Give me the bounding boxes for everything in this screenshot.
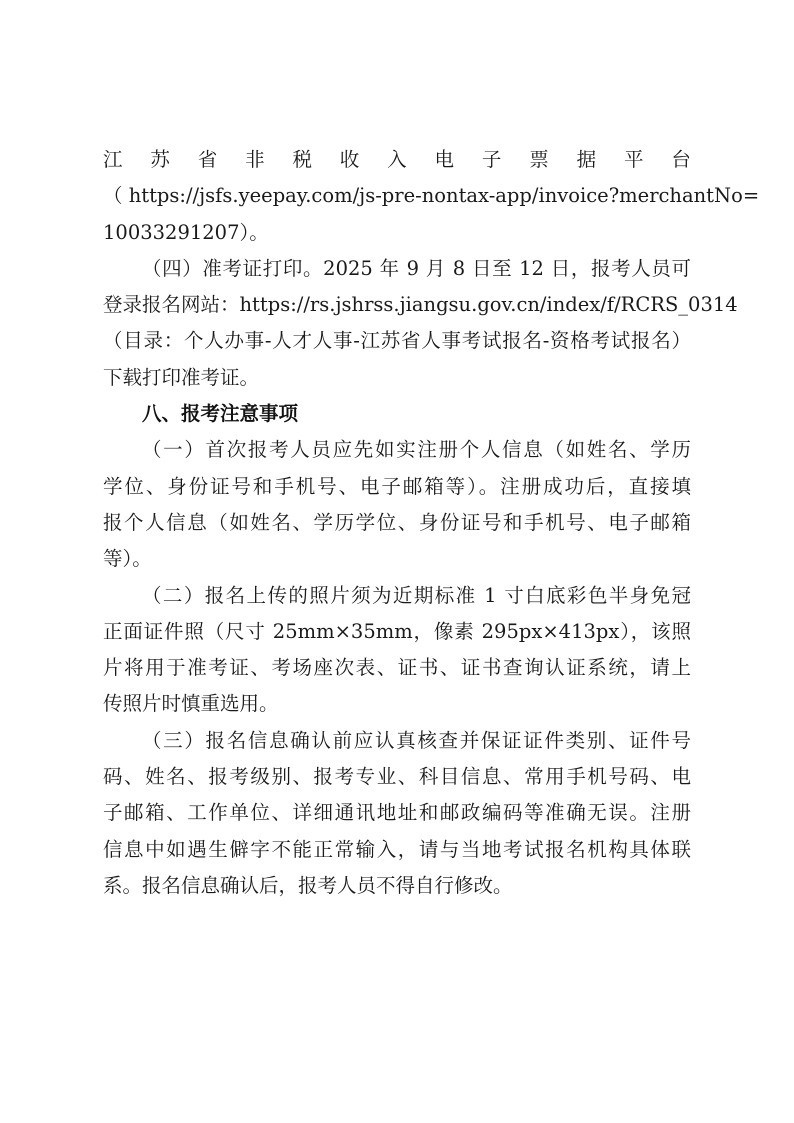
paragraph-admission-ticket: （四）准考证打印。2025 年 9 月 8 日至 12 日，报考人员可 登录报名… [103,251,691,396]
notice-item-1: （一）首次报考人员应先如实注册个人信息（如姓名、学历 学位、身份证号和手机号、电… [103,432,691,577]
item-text: 系。报名信息确认后，报考人员不得自行修改。 [103,868,513,904]
char: 入 [387,142,407,178]
item3-line-5: 系。报名信息确认后，报考人员不得自行修改。 [103,868,691,904]
paragraph-invoice-platform: 江 苏 省 非 税 收 入 电 子 票 据 平 台 （ https://jsfs… [103,142,691,251]
item-text: 信息中如遇生僻字不能正常输入，请与当地考试报名机构具体联 [103,832,691,868]
notice-item-3: （三）报名信息确认前应认真核查并保证证件类别、证件号 码、姓名、报考级别、报考专… [103,723,691,904]
invoice-url-text: （ https://jsfs.yeepay.com/js-pre-nontax-… [103,178,691,214]
item3-line-1: （三）报名信息确认前应认真核查并保证证件类别、证件号 [103,723,691,759]
invoice-merchant-line: 10033291207）。 [103,215,691,251]
invoice-platform-name-line: 江 苏 省 非 税 收 入 电 子 票 据 平 台 [103,142,691,178]
admission-text: 下载打印准考证。 [103,360,259,396]
char: 收 [340,142,360,178]
item-text: （二）报名上传的照片须为近期标准 1 寸白底彩色半身免冠 [142,578,691,614]
char: 子 [482,142,502,178]
char: 据 [577,142,597,178]
item-text: 片将用于准考证、考场座次表、证书、证书查询认证系统，请上 [103,650,691,686]
char: 平 [624,142,644,178]
char: 税 [292,142,312,178]
item-text: （一）首次报考人员应先如实注册个人信息（如姓名、学历 [142,432,691,468]
char: 苏 [150,142,170,178]
invoice-url-line: （ https://jsfs.yeepay.com/js-pre-nontax-… [103,178,691,214]
section-heading: 八、报考注意事项 [103,396,691,432]
item1-line-3: 报个人信息（如姓名、学历学位、身份证号和手机号、电子邮箱 [103,505,691,541]
item3-line-2: 码、姓名、报考级别、报考专业、科目信息、常用手机号码、电 [103,759,691,795]
item-text: （三）报名信息确认前应认真核查并保证证件类别、证件号 [142,723,691,759]
char: 省 [198,142,218,178]
registration-website-link-text: 登录报名网站：https://rs.jshrss.jiangsu.gov.cn/… [103,287,691,323]
item1-line-2: 学位、身份证号和手机号、电子邮箱等）。注册成功后，直接填 [103,469,691,505]
admission-text: （四）准考证打印。2025 年 9 月 8 日至 12 日，报考人员可 [142,251,691,287]
notice-item-2: （二）报名上传的照片须为近期标准 1 寸白底彩色半身免冠 正面证件照（尺寸 25… [103,578,691,723]
item-text: 码、姓名、报考级别、报考专业、科目信息、常用手机号码、电 [103,759,691,795]
item3-line-4: 信息中如遇生僻字不能正常输入，请与当地考试报名机构具体联 [103,832,691,868]
item-text: 报个人信息（如姓名、学历学位、身份证号和手机号、电子邮箱 [103,505,691,541]
item3-line-3: 子邮箱、工作单位、详细通讯地址和邮政编码等准确无误。注册 [103,795,691,831]
item-text: 子邮箱、工作单位、详细通讯地址和邮政编码等准确无误。注册 [103,795,691,831]
item1-line-1: （一）首次报考人员应先如实注册个人信息（如姓名、学历 [103,432,691,468]
item-text: 学位、身份证号和手机号、电子邮箱等）。注册成功后，直接填 [103,469,691,505]
merchant-number-text: 10033291207）。 [103,215,269,251]
item2-line-4: 传照片时慎重选用。 [103,686,691,722]
char: 票 [529,142,549,178]
item-text: 正面证件照（尺寸 25mm×35mm，像素 295px×413px），该照 [103,614,691,650]
admission-line-4: 下载打印准考证。 [103,360,691,396]
char: 电 [435,142,455,178]
char: 江 [103,142,123,178]
char: 台 [671,142,691,178]
item-text: 等）。 [103,541,152,577]
document-page: 江 苏 省 非 税 收 入 电 子 票 据 平 台 （ https://jsfs… [103,142,691,904]
item1-line-4: 等）。 [103,541,691,577]
char: 非 [245,142,265,178]
item-text: 传照片时慎重选用。 [103,686,279,722]
admission-line-3: （目录：个人办事-人才人事-江苏省人事考试报名-资格考试报名） [103,323,691,359]
admission-line-1: （四）准考证打印。2025 年 9 月 8 日至 12 日，报考人员可 [103,251,691,287]
admission-line-2: 登录报名网站：https://rs.jshrss.jiangsu.gov.cn/… [103,287,691,323]
directory-path-text: （目录：个人办事-人才人事-江苏省人事考试报名-资格考试报名） [103,323,691,359]
item2-line-2: 正面证件照（尺寸 25mm×35mm，像素 295px×413px），该照 [103,614,691,650]
item2-line-1: （二）报名上传的照片须为近期标准 1 寸白底彩色半身免冠 [103,578,691,614]
item2-line-3: 片将用于准考证、考场座次表、证书、证书查询认证系统，请上 [103,650,691,686]
